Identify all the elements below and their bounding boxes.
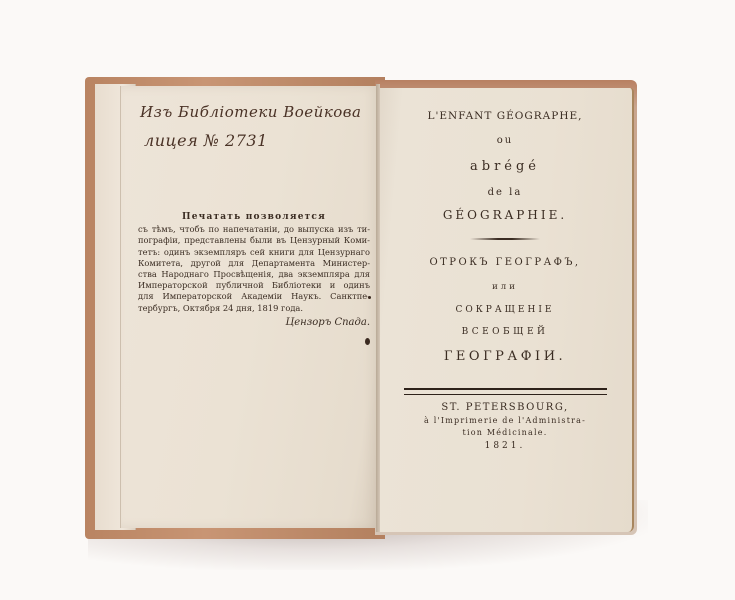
title-ili: или: [385, 282, 625, 292]
censor-imprimatur: Печатать позволяется съ тѣмъ, чтобъ по н…: [138, 212, 370, 314]
handwritten-library-note-line2: лицея № 2731: [144, 131, 344, 150]
imprimatur-heading: Печатать позволяется: [138, 212, 370, 223]
swelled-rule: [470, 238, 540, 240]
ink-blot: [365, 338, 370, 345]
imprimatur-line: Императорской публичной Библіотеки и оди…: [138, 280, 370, 291]
imprint-city: ST. PETERSBOURG,: [385, 402, 625, 413]
title-de-la: de la: [385, 187, 625, 198]
imprimatur-line: пографіи, представлены были въ Цензурный…: [138, 235, 370, 246]
imprint-year: 1821.: [385, 441, 625, 451]
imprint-printer-line2: tion Médicinale.: [385, 428, 625, 437]
imprimatur-line: Комитета, другой для Департамента Минист…: [138, 258, 370, 269]
imprimatur-line: для Императорской Академіи Наукъ. Санктп…: [138, 291, 370, 302]
title-abrege: abrégé: [385, 159, 625, 174]
title-sokrashchenie: СОКРАЩЕНІЕ: [385, 305, 625, 315]
title-french: L'ENFANT GÉOGRAPHE,: [385, 110, 625, 122]
ink-blot: [368, 296, 371, 299]
title-ou: ou: [385, 135, 625, 146]
imprint-printer-line1: à l'Imprimerie de l'Administra-: [385, 416, 625, 425]
censor-signature: Цензоръ Спада.: [250, 317, 370, 328]
title-russian: ОТРОКЪ ГЕОГРАФЪ,: [385, 257, 625, 268]
handwritten-library-note-line1: Изъ Библіотеки Воейкова: [140, 103, 380, 121]
imprimatur-line: тербургъ, Октября 24 дня, 1819 года.: [138, 303, 370, 314]
imprimatur-line: тетъ: одинъ экземпляръ сей книги для Цен…: [138, 247, 370, 258]
imprimatur-line: ства Народнаго Просвѣщенія, два экземпля…: [138, 269, 370, 280]
title-geographie: GÉOGRAPHIE.: [385, 208, 625, 222]
title-page: L'ENFANT GÉOGRAPHE, ou abrégé de la GÉOG…: [385, 110, 625, 451]
imprimatur-line: съ тѣмъ, чтобъ по напечатаніи, до выпуск…: [138, 224, 370, 235]
double-rule: [404, 388, 607, 395]
title-geografii: ГЕОГРАФІИ.: [385, 349, 625, 364]
title-vseobshchey: ВСЕОБЩЕЙ: [385, 327, 625, 337]
